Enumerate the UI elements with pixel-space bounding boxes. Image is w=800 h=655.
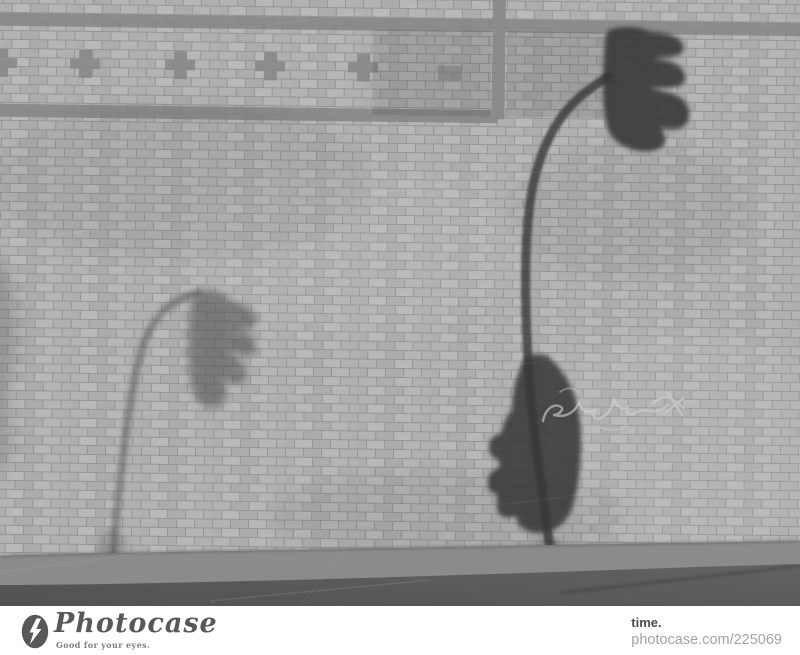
photo-canvas xyxy=(0,0,800,606)
brand-name: Photocase xyxy=(54,608,218,639)
footer-bar: Photocase Good for your eyes. time. phot… xyxy=(0,606,800,655)
photocase-preview-page: Photocase Good for your eyes. time. phot… xyxy=(0,0,800,655)
photo xyxy=(0,0,800,606)
brand-tagline: Good for your eyes. xyxy=(56,640,150,650)
photo-category[interactable]: time. xyxy=(631,615,782,631)
photo-url-link[interactable]: photocase.com/225069 xyxy=(631,631,782,649)
photocase-egg-icon xyxy=(21,614,49,649)
photo-meta: time. photocase.com/225069 xyxy=(631,615,782,649)
film-grain xyxy=(0,0,800,606)
